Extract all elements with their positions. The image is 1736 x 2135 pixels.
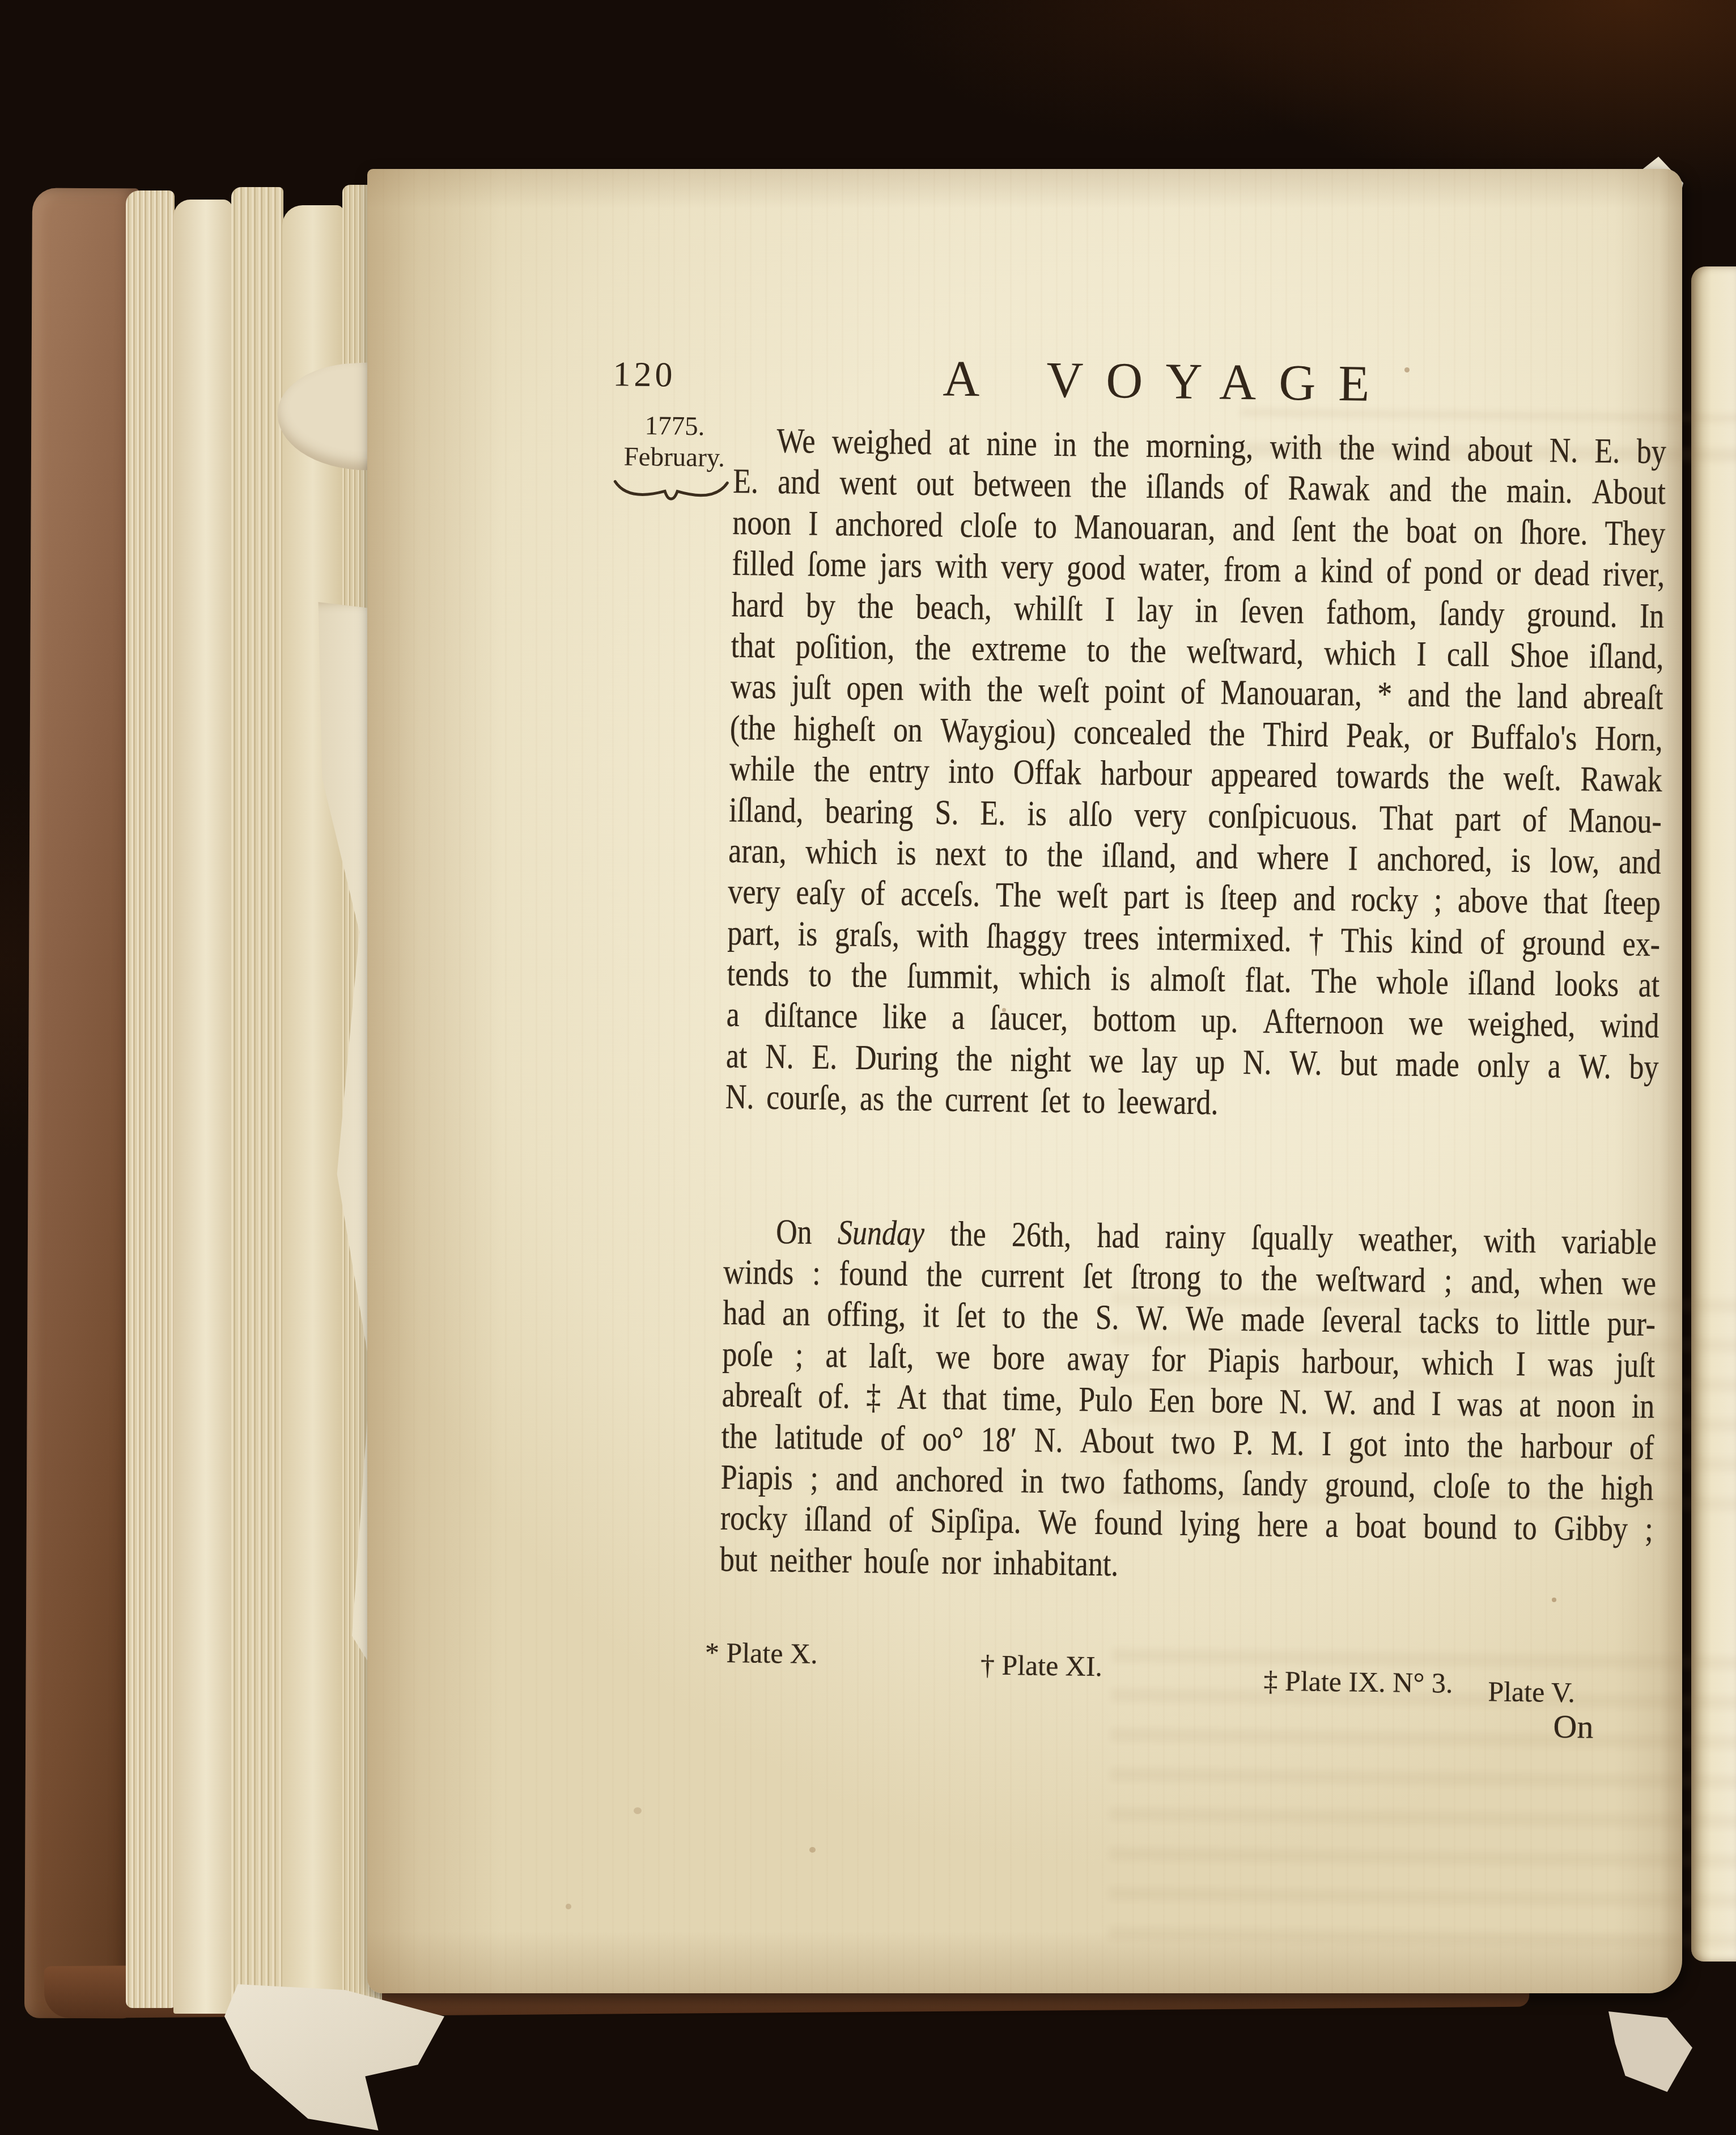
word: anchored <box>835 504 943 545</box>
word: to <box>1005 834 1028 875</box>
word: Een <box>1149 1380 1195 1421</box>
word: iſland <box>1468 963 1535 1004</box>
word: weſtward, <box>1186 632 1304 673</box>
word: offing, <box>827 1294 906 1336</box>
word: very <box>728 872 780 913</box>
word: Third <box>1263 714 1328 755</box>
word: and <box>1293 879 1336 920</box>
margin-note: 1775. February. <box>617 410 731 473</box>
word: part, <box>727 913 781 954</box>
word: Rawak <box>1288 468 1370 510</box>
word: bearing <box>825 791 914 832</box>
word: next <box>935 833 986 874</box>
word: courſe, <box>766 1078 848 1119</box>
footnotes-row: * Plate X. † Plate XI. ‡ Plate IX. N° 3.… <box>704 1636 1589 1714</box>
word: Afternoon <box>1263 1002 1384 1044</box>
word: ſteep <box>1603 883 1661 924</box>
word: P. <box>1233 1422 1254 1463</box>
word: iſland, <box>1102 836 1177 877</box>
word: point <box>1104 671 1165 712</box>
word: neither <box>770 1540 852 1582</box>
word: iſland <box>804 1499 872 1540</box>
word: into <box>948 752 995 793</box>
word: ſummit, <box>907 956 1000 998</box>
word: with <box>916 916 969 956</box>
word: part <box>1123 877 1170 918</box>
word: high <box>1601 1468 1654 1509</box>
word: ; <box>810 1459 818 1499</box>
word: E. <box>733 461 759 502</box>
word: S. <box>935 793 959 833</box>
word: was <box>1457 1384 1504 1425</box>
word: I <box>1322 1424 1332 1464</box>
word: or <box>1496 553 1521 594</box>
word: Offak <box>1013 752 1081 793</box>
word: pur- <box>1607 1304 1656 1345</box>
word: at <box>948 423 970 464</box>
word: open <box>846 668 904 709</box>
word: towards <box>1336 756 1429 798</box>
word: is <box>897 833 917 873</box>
word: oo° <box>922 1419 964 1460</box>
word: diſtance <box>764 996 858 1037</box>
word: harbour <box>1520 1426 1612 1468</box>
word: N. <box>1034 1420 1063 1461</box>
word: of <box>1522 800 1547 841</box>
word: is <box>1185 878 1205 918</box>
word: and <box>1195 837 1238 878</box>
word: leeward. <box>1118 1082 1219 1124</box>
footnote-plate-v: Plate V. <box>1488 1675 1575 1709</box>
word: weſt <box>1057 876 1108 917</box>
word: the <box>858 586 894 627</box>
word: about <box>1467 430 1533 471</box>
word: but <box>1340 1044 1378 1085</box>
word: ; <box>795 1335 804 1375</box>
page-edge-strip <box>231 187 283 2011</box>
word: land <box>1517 676 1568 717</box>
page-number: 120 <box>613 354 676 395</box>
word: here <box>1257 1505 1308 1546</box>
word: to <box>1508 1467 1531 1507</box>
word: which <box>805 832 878 873</box>
word: at <box>1519 1385 1540 1425</box>
word: bore <box>992 1337 1045 1378</box>
word: W. <box>1324 1383 1357 1424</box>
word: W. <box>1578 1047 1611 1087</box>
word: a <box>1325 1506 1339 1546</box>
word: with <box>935 546 988 587</box>
word: from <box>1224 550 1281 591</box>
word: rainy <box>1165 1217 1226 1257</box>
word: ſet <box>1041 1081 1071 1122</box>
word: at <box>725 1036 747 1077</box>
word: weighed <box>832 422 932 463</box>
word: juſt <box>792 668 831 709</box>
word: dead <box>1534 553 1590 594</box>
word: to <box>1002 1297 1025 1337</box>
word: that <box>1543 882 1588 923</box>
word: got <box>1349 1424 1387 1465</box>
word: we <box>936 1337 970 1378</box>
book-scan-scene: 120 A VOYAGE 1775. February. Weweighedat… <box>0 0 1736 2135</box>
word: poſe <box>722 1335 773 1375</box>
word: I <box>1105 590 1115 630</box>
word: up <box>1195 1042 1225 1083</box>
word: in <box>1195 590 1218 630</box>
word: and, <box>1471 1261 1521 1302</box>
word: a <box>1547 1046 1561 1086</box>
word: is <box>1511 841 1531 881</box>
word: About <box>1080 1421 1154 1462</box>
word: in <box>1054 425 1077 465</box>
word: abreaſt <box>1583 677 1663 719</box>
word: to <box>1514 1508 1537 1548</box>
word: graſs, <box>835 914 900 955</box>
word: wind <box>1600 1006 1659 1047</box>
word: boat <box>1406 511 1457 552</box>
word: that <box>731 626 775 667</box>
word: conſpicuous. <box>1208 796 1358 838</box>
word: of <box>1480 922 1505 963</box>
word: abreaſt <box>721 1375 802 1417</box>
word: Shoe <box>1510 636 1569 676</box>
word: on <box>893 710 923 751</box>
word: That <box>1379 798 1433 838</box>
word: higheſt <box>793 709 876 750</box>
word: S. <box>1095 1298 1119 1338</box>
margin-note-year: 1775. <box>618 410 732 442</box>
word: cloſe <box>1433 1466 1491 1507</box>
word: Sipſipa. <box>930 1501 1021 1543</box>
word: N. <box>1279 1382 1308 1423</box>
word: and <box>778 462 821 503</box>
word: made <box>1241 1299 1305 1340</box>
word: nor <box>941 1542 981 1583</box>
word: bound <box>1423 1507 1497 1548</box>
word: is <box>1027 794 1047 834</box>
word: the <box>1042 1297 1079 1338</box>
word: ground <box>1522 923 1606 964</box>
word: and <box>1232 509 1275 549</box>
word: laſt, <box>869 1336 914 1377</box>
word: by <box>1629 1047 1659 1088</box>
word: Manou- <box>1568 800 1662 841</box>
word: ſaucer, <box>990 998 1068 1040</box>
word: weſt <box>1038 671 1089 711</box>
word: intermixed. <box>1156 918 1292 960</box>
word: * <box>1377 675 1393 715</box>
word: was <box>1548 1344 1594 1385</box>
word: is <box>797 914 818 954</box>
word: N. <box>725 1077 754 1118</box>
word: kind <box>1321 551 1373 592</box>
word: only <box>1477 1045 1530 1086</box>
word: the <box>956 1039 992 1080</box>
word: whilſt <box>1014 588 1083 629</box>
word: with <box>1270 427 1322 468</box>
word: bore <box>1211 1382 1263 1422</box>
word: the <box>987 670 1023 711</box>
word: iſland, <box>729 790 804 831</box>
word: almoſt <box>1150 959 1226 1001</box>
word: E. <box>812 1037 838 1078</box>
word: hard <box>731 584 784 625</box>
word: 26th, <box>1012 1215 1072 1256</box>
footnote-plate-ix: ‡ Plate IX. N° 3. <box>1263 1664 1453 1700</box>
word: on <box>1473 512 1503 553</box>
word: latitude <box>774 1417 863 1459</box>
word: by <box>1636 431 1666 472</box>
word: current <box>981 1255 1064 1297</box>
word: or <box>1428 717 1453 757</box>
page-edge-stack <box>126 183 382 2014</box>
word: nine <box>986 423 1037 464</box>
word: ſteep <box>1220 878 1277 919</box>
word: This <box>1340 921 1393 961</box>
word: to <box>809 955 832 996</box>
word: winds <box>723 1252 794 1294</box>
word: weſt. <box>1503 759 1561 799</box>
word: ſtrong <box>1131 1257 1202 1299</box>
word: but <box>720 1540 758 1581</box>
word: current <box>945 1080 1029 1121</box>
word: fathoms, <box>1122 1462 1225 1503</box>
word: poſition, <box>795 626 894 668</box>
word: in <box>1021 1461 1044 1501</box>
word: 18′ <box>981 1420 1017 1460</box>
word: when <box>1539 1262 1603 1303</box>
word: water, <box>1139 549 1211 590</box>
word: ; <box>1433 880 1442 921</box>
word: river, <box>1603 554 1665 595</box>
word: ſet <box>956 1296 986 1337</box>
word: aran, <box>728 831 787 872</box>
word: that <box>943 1378 987 1419</box>
word: rocky <box>720 1498 788 1539</box>
word: Buffalo's <box>1471 717 1577 759</box>
word: ſhore. <box>1519 512 1588 553</box>
word: tends <box>727 954 790 995</box>
word: N. <box>1549 431 1578 472</box>
word: the <box>1548 1468 1584 1509</box>
word: found <box>1094 1503 1163 1544</box>
word: On <box>776 1212 812 1253</box>
body-paragraph: Weweighedatnineinthemorning,withthewinda… <box>725 421 1667 1130</box>
word: which <box>1324 633 1397 675</box>
footnote-plate-xi: † Plate XI. <box>980 1648 1102 1683</box>
word: the <box>915 628 951 669</box>
word: anchored, <box>1377 839 1492 880</box>
word: a <box>952 998 965 1038</box>
word: weather, <box>1359 1219 1458 1260</box>
word: We <box>1038 1502 1077 1543</box>
word: of <box>889 1501 914 1541</box>
word: we <box>1622 1263 1656 1304</box>
word: N. <box>1242 1043 1271 1083</box>
word: In <box>1640 596 1665 637</box>
word: inhabitant. <box>993 1543 1119 1585</box>
word: had <box>1097 1216 1140 1257</box>
word: for <box>1151 1340 1186 1380</box>
word: alſo <box>1068 794 1113 835</box>
word: I <box>1416 634 1427 675</box>
word: above <box>1457 881 1528 922</box>
word: and <box>1372 1383 1415 1424</box>
word: harbour, <box>1302 1341 1400 1383</box>
word: eaſy <box>796 873 845 914</box>
word: at <box>1638 965 1659 1006</box>
facing-page-edge <box>1691 266 1736 1962</box>
word: morning, <box>1146 426 1254 467</box>
word: two <box>1061 1462 1106 1502</box>
word: E. <box>980 793 1006 834</box>
word: wind <box>1391 429 1451 469</box>
word: About <box>1592 472 1666 514</box>
word: bottom <box>1093 999 1177 1041</box>
word: and <box>1618 842 1661 883</box>
word: flat. <box>1245 960 1292 1001</box>
word: up. <box>1201 1001 1238 1042</box>
word: Gibby <box>1554 1509 1628 1550</box>
word: the <box>1451 471 1487 511</box>
word: : <box>812 1253 821 1294</box>
word: of. <box>818 1376 850 1417</box>
word: jars <box>880 545 923 586</box>
word: M. <box>1271 1423 1305 1464</box>
word: with <box>1483 1221 1536 1261</box>
word: Horn, <box>1594 718 1663 759</box>
word: out <box>916 464 954 505</box>
word: to <box>1034 506 1057 547</box>
word: while <box>729 749 795 790</box>
word: of <box>1180 672 1205 713</box>
word: low, <box>1550 841 1599 882</box>
word: ex- <box>1622 924 1660 965</box>
word: the <box>1090 466 1127 507</box>
word: E. <box>1594 431 1620 472</box>
word: appeared <box>1211 755 1317 796</box>
word: N. <box>765 1037 794 1078</box>
word: with <box>919 669 971 710</box>
word: of <box>1386 552 1411 592</box>
word: was <box>730 667 776 708</box>
word: W. <box>1289 1043 1322 1084</box>
word: as <box>859 1079 884 1120</box>
word: I <box>1348 838 1358 879</box>
word: ſandy <box>1439 594 1505 634</box>
word: we <box>1408 1003 1443 1044</box>
word: which <box>1019 958 1092 999</box>
word: the <box>1339 428 1375 469</box>
word: very <box>1134 795 1187 836</box>
word: iſland, <box>1589 636 1664 677</box>
word: I <box>1431 1384 1441 1424</box>
page-edge-strip <box>126 190 175 2008</box>
word: extreme <box>971 629 1067 670</box>
word: had <box>723 1293 766 1334</box>
word: We <box>776 421 816 462</box>
word: ground, <box>1325 1465 1416 1506</box>
word: ; <box>1444 1261 1453 1301</box>
word: the <box>1448 758 1484 799</box>
word: the <box>851 956 888 997</box>
word: lay <box>1141 1041 1178 1082</box>
page-edge-strip <box>282 205 343 2014</box>
word: During <box>855 1037 939 1079</box>
word: At <box>897 1378 927 1418</box>
word: cloſe <box>960 506 1017 547</box>
word: trees <box>1084 917 1140 958</box>
word: kind <box>1410 921 1463 962</box>
word: looks <box>1555 964 1619 1005</box>
word: very <box>1001 547 1054 588</box>
word: to <box>1496 1303 1519 1343</box>
word: like <box>882 997 927 1038</box>
word: variable <box>1561 1222 1657 1263</box>
word: ſhaggy <box>986 916 1067 958</box>
word: Rawak <box>1580 759 1662 800</box>
word: it <box>923 1296 940 1336</box>
word: Peak, <box>1346 715 1411 756</box>
word: of <box>860 874 885 914</box>
word: main. <box>1506 471 1573 512</box>
word: of <box>1629 1427 1654 1468</box>
word: the <box>897 1079 933 1120</box>
word: rocky <box>1351 880 1419 921</box>
word: weighed, <box>1468 1004 1576 1045</box>
word: ſome <box>807 545 867 586</box>
word: of <box>1244 468 1269 509</box>
word: houſe <box>864 1541 929 1582</box>
word: acceſs. <box>901 874 981 916</box>
word: the <box>1467 1425 1503 1466</box>
word: is <box>1110 959 1131 999</box>
word: made <box>1395 1044 1459 1085</box>
word: I <box>808 503 818 544</box>
word: to <box>1086 630 1110 671</box>
word: beach, <box>915 587 992 628</box>
word: which <box>1421 1343 1494 1384</box>
word: a <box>726 995 740 1035</box>
word: into <box>1404 1425 1450 1465</box>
word: ; <box>1645 1510 1653 1550</box>
word: time, <box>1003 1379 1063 1420</box>
word: † <box>1309 920 1324 960</box>
word: found <box>839 1253 908 1294</box>
word: call <box>1446 634 1489 675</box>
word: harbour <box>1100 753 1192 795</box>
word: between <box>973 464 1072 506</box>
body-text: Weweighedatnineinthemorning,withthewinda… <box>720 421 1667 1592</box>
word: entry <box>869 751 930 791</box>
word: noon <box>1556 1386 1616 1426</box>
margin-brace-icon <box>612 476 731 509</box>
word: the <box>721 1416 757 1457</box>
word: the <box>1465 676 1501 717</box>
word: ſandy <box>1242 1464 1308 1505</box>
word: the <box>1047 835 1083 876</box>
body-paragraph: OnSundaythe26th,hadrainyſquallyweather,w… <box>720 1211 1657 1592</box>
word: W. <box>1136 1298 1169 1339</box>
word: the <box>1209 714 1245 755</box>
word: the <box>814 750 850 791</box>
word: ‡ <box>866 1377 881 1417</box>
page-edge-strip <box>173 200 232 2014</box>
word: weſtward <box>1315 1260 1425 1301</box>
word: anchored <box>895 1460 1004 1501</box>
word: the <box>1261 1259 1297 1299</box>
